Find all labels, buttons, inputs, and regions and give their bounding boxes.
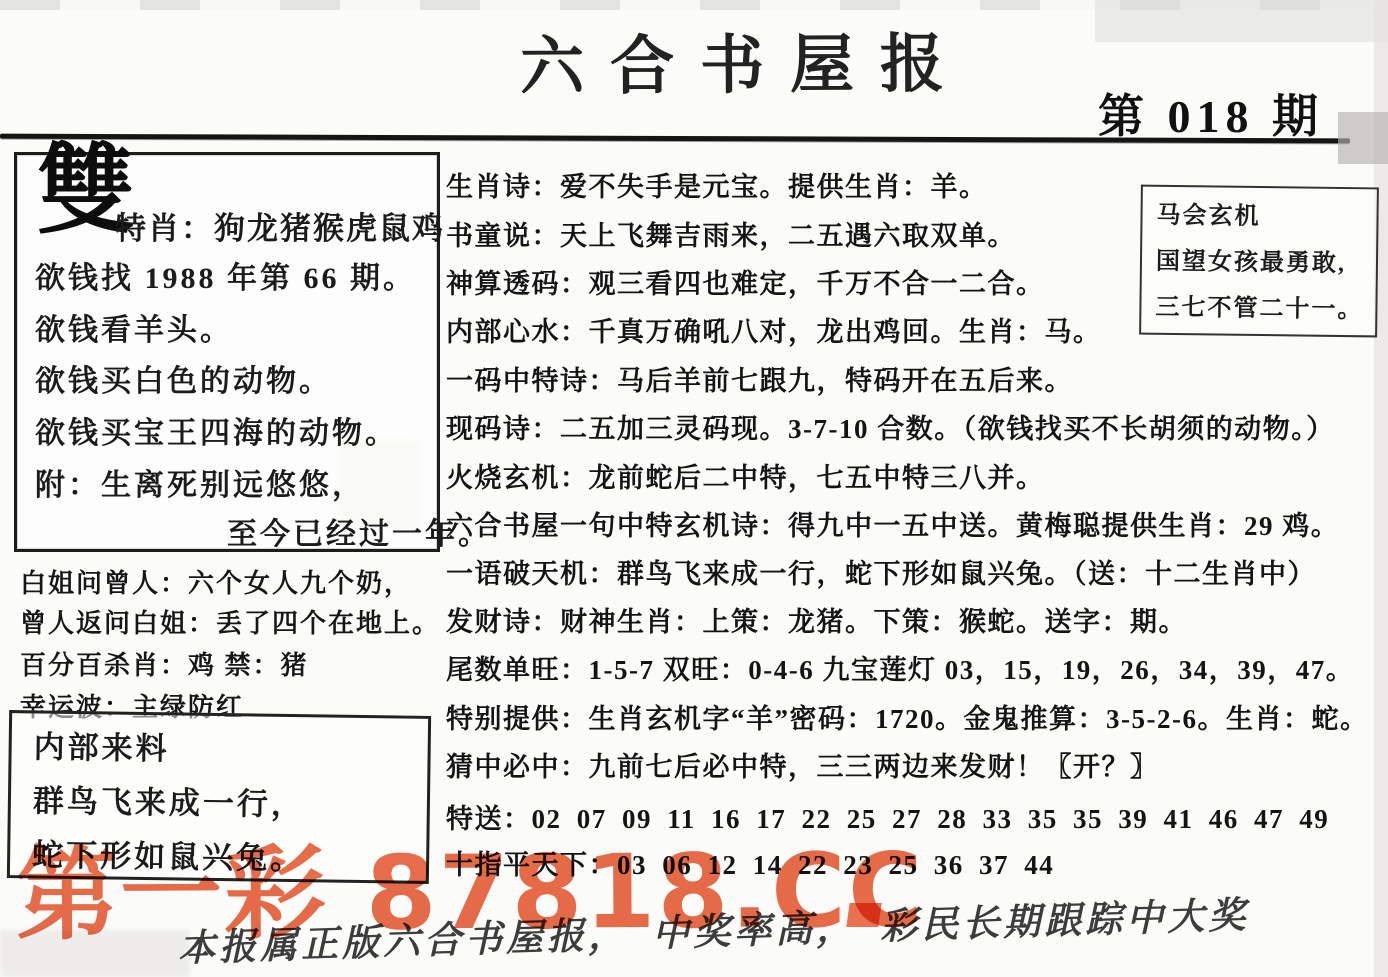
one-code-poem-line: 一码中特诗：马后羊前七跟九，特码开在五后来。 <box>446 359 1073 398</box>
money-hint-line: 欲钱找 1988 年第 66 期。 <box>35 253 416 297</box>
tail-number-line: 尾数单旺：1-5-7 双旺：0-4-6 九宝莲灯 03，15，19，26，34，… <box>446 648 1354 687</box>
fortune-poem-line: 发财诗：财神生肖：上策：龙猪。下策：猴蛇。送字：期。 <box>446 600 1187 639</box>
divine-code-line: 神算透码：观三看四也难定，千万不合一二合。 <box>446 262 1045 301</box>
page-title: 六合书屋报 <box>520 12 971 107</box>
special-send-numbers: 特送：02 07 09 11 16 17 22 25 27 28 33 35 3… <box>446 797 1329 836</box>
internal-tip-line: 内部心水：千真万确吼八对，龙出鸡回。生肖：马。 <box>446 310 1102 349</box>
scan-artifact-top-right <box>1095 0 1388 42</box>
site-watermark: 第一彩 87818.CC <box>16 840 925 949</box>
special-zodiac-box: 雙 特肖：狗龙猪猴虎鼠鸡 欲钱找 1988 年第 66 期。 欲钱看羊头。 欲钱… <box>14 152 440 552</box>
mahui-mystery-box: 马会玄机 国望女孩最勇敢, 三七不管二十一。 <box>1139 185 1379 338</box>
special-offer-line: 特别提供：生肖玄机字“羊”密码：1720。金鬼推算：3-5-2-6。生肖：蛇。 <box>446 697 1368 736</box>
money-hint-line: 欲钱买白色的动物。 <box>35 356 332 400</box>
kill-zodiac-line: 百分百杀肖：鸡 禁：猪 <box>20 645 309 682</box>
scan-artifact-top-edge <box>0 0 1388 10</box>
special-zodiac-line: 特肖：狗龙猪猴虎鼠鸡 <box>115 203 445 248</box>
current-code-poem-line: 现码诗：二五加三灵码现。3-7-10 合数。（欲钱找买不长胡须的动物。） <box>446 407 1335 446</box>
money-hint-line: 欲钱看羊头。 <box>35 305 233 349</box>
attachment-verse-line: 附：生离死别远悠悠， <box>35 460 365 504</box>
money-hint-line: 欲钱买宝王四海的动物。 <box>35 408 398 452</box>
guess-hit-line: 猜中必中：九前七后必中特，三三两边来发财！〖开？〗 <box>446 745 1159 784</box>
issue-number: 第 018 期 <box>1098 80 1324 146</box>
scan-artifact-right-edge <box>1374 0 1388 977</box>
mahui-verse-line: 三七不管二十一。 <box>1155 287 1363 325</box>
zodiac-poem-line: 生肖诗：爱不失手是元宝。提供生肖：羊。 <box>446 165 988 204</box>
shutong-says-line: 书童说：天上飞舞吉雨来，二五遇六取双单。 <box>446 214 1016 253</box>
break-secret-line: 一语破天机：群鸟飞来成一行，蛇下形如鼠兴兔。（送：十二生肖中） <box>446 552 1316 591</box>
mahui-title: 马会玄机 <box>1156 195 1260 231</box>
fire-mystery-line: 火烧玄机：龙前蛇后二中特，七五中特三八并。 <box>446 456 1045 495</box>
insider-verse-line: 群鸟飞来成一行， <box>33 775 306 824</box>
mahui-verse-line: 国望女孩最勇敢, <box>1156 241 1346 278</box>
one-sentence-mystery-line: 六合书屋一句中特玄机诗：得九中一五中送。黄梅聪提供生肖：29 鸡。 <box>446 504 1339 543</box>
baijie-question-line: 白姐问曾人：六个女人九个奶， <box>20 563 412 600</box>
baijie-answer-line: 曾人返问白姐：丢了四个在地上。 <box>20 603 440 640</box>
insider-material-title: 内部来料 <box>33 721 170 768</box>
